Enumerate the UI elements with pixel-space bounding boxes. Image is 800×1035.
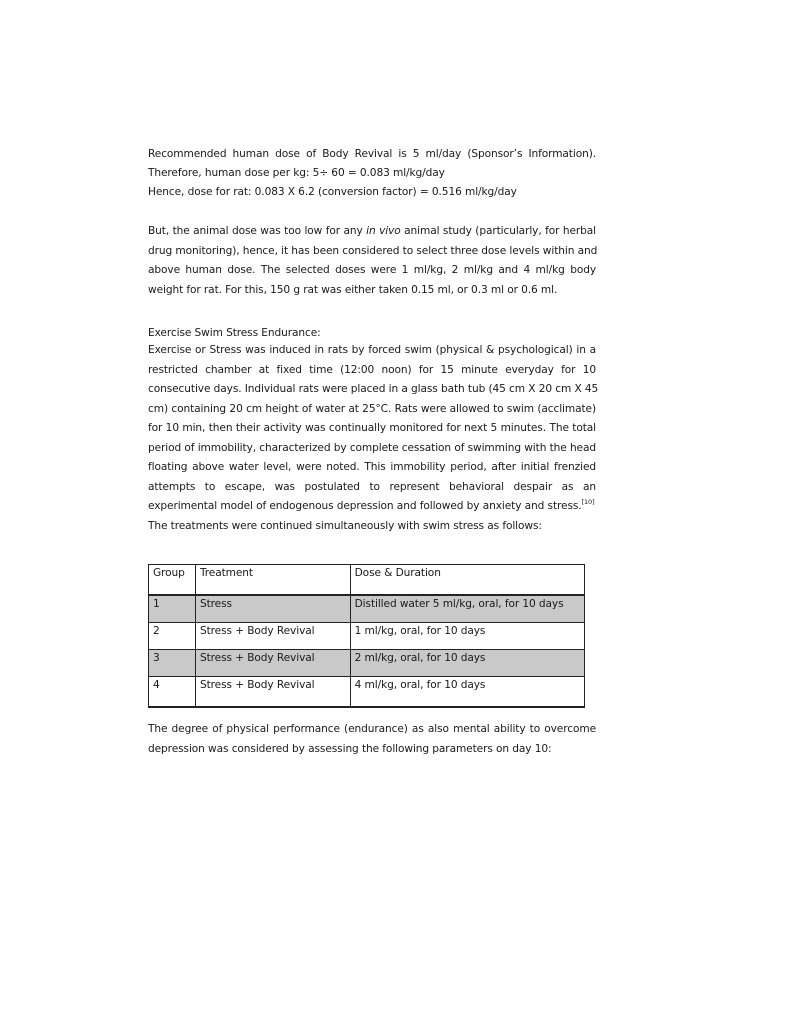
cell-dose: Distilled water 5 ml/kg, oral, for 10 da… bbox=[350, 595, 584, 623]
closing-line-1: The degree of physical performance (endu… bbox=[148, 720, 596, 740]
header-group: Group bbox=[149, 565, 196, 596]
citation-superscript: [10] bbox=[582, 498, 595, 506]
swim-stress-line: for 10 min, then their activity was cont… bbox=[148, 419, 596, 439]
cell-group: 4 bbox=[149, 677, 196, 708]
swim-stress-line: experimental model of endogenous depress… bbox=[148, 497, 596, 517]
swim-stress-paragraph: Exercise or Stress was induced in rats b… bbox=[148, 341, 596, 536]
section-heading: Exercise Swim Stress Endurance: bbox=[148, 326, 596, 340]
dose-selection-paragraph: But, the animal dose was too low for any… bbox=[148, 222, 596, 300]
treatment-table: Group Treatment Dose & Duration 1StressD… bbox=[148, 564, 585, 708]
dose-selection-line-4: weight for rat. For this, 150 g rat was … bbox=[148, 281, 596, 301]
swim-stress-line: Exercise or Stress was induced in rats b… bbox=[148, 341, 596, 361]
dose-selection-line-1: But, the animal dose was too low for any… bbox=[148, 222, 596, 242]
swim-stress-last-line: The treatments were continued simultaneo… bbox=[148, 517, 596, 537]
cell-group: 1 bbox=[149, 595, 196, 623]
table-header-row: Group Treatment Dose & Duration bbox=[149, 565, 585, 596]
in-vivo-italic: in vivo bbox=[366, 225, 401, 237]
swim-stress-line: cm) containing 20 cm height of water at … bbox=[148, 400, 596, 420]
cell-treatment: Stress + Body Revival bbox=[195, 623, 350, 650]
cell-dose: 2 ml/kg, oral, for 10 days bbox=[350, 650, 584, 677]
closing-paragraph: The degree of physical performance (endu… bbox=[148, 720, 596, 759]
swim-stress-line: restricted chamber at fixed time (12:00 … bbox=[148, 361, 596, 381]
swim-stress-line: period of immobility, characterized by c… bbox=[148, 439, 596, 459]
cell-group: 3 bbox=[149, 650, 196, 677]
table-row: 4Stress + Body Revival4 ml/kg, oral, for… bbox=[149, 677, 585, 708]
cell-dose: 1 ml/kg, oral, for 10 days bbox=[350, 623, 584, 650]
dose-selection-line-3: above human dose. The selected doses wer… bbox=[148, 261, 596, 281]
swim-stress-line: floating above water level, were noted. … bbox=[148, 458, 596, 478]
swim-stress-line: consecutive days. Individual rats were p… bbox=[148, 380, 596, 400]
table-row: 1StressDistilled water 5 ml/kg, oral, fo… bbox=[149, 595, 585, 623]
dose-calc-line-1: Recommended human dose of Body Revival i… bbox=[148, 147, 596, 161]
swim-stress-line: attempts to escape, was postulated to re… bbox=[148, 478, 596, 498]
table-row: 2Stress + Body Revival1 ml/kg, oral, for… bbox=[149, 623, 585, 650]
dose-selection-line-2: drug monitoring), hence, it has been con… bbox=[148, 242, 596, 262]
cell-group: 2 bbox=[149, 623, 196, 650]
header-dose-duration: Dose & Duration bbox=[350, 565, 584, 596]
cell-treatment: Stress + Body Revival bbox=[195, 677, 350, 708]
cell-treatment: Stress bbox=[195, 595, 350, 623]
cell-treatment: Stress + Body Revival bbox=[195, 650, 350, 677]
dose-calc-line-3: Hence, dose for rat: 0.083 X 6.2 (conver… bbox=[148, 185, 596, 199]
closing-line-2: depression was considered by assessing t… bbox=[148, 740, 596, 760]
cell-dose: 4 ml/kg, oral, for 10 days bbox=[350, 677, 584, 708]
table-row: 3Stress + Body Revival2 ml/kg, oral, for… bbox=[149, 650, 585, 677]
header-treatment: Treatment bbox=[195, 565, 350, 596]
dose-calc-line-2: Therefore, human dose per kg: 5÷ 60 = 0.… bbox=[148, 166, 596, 180]
